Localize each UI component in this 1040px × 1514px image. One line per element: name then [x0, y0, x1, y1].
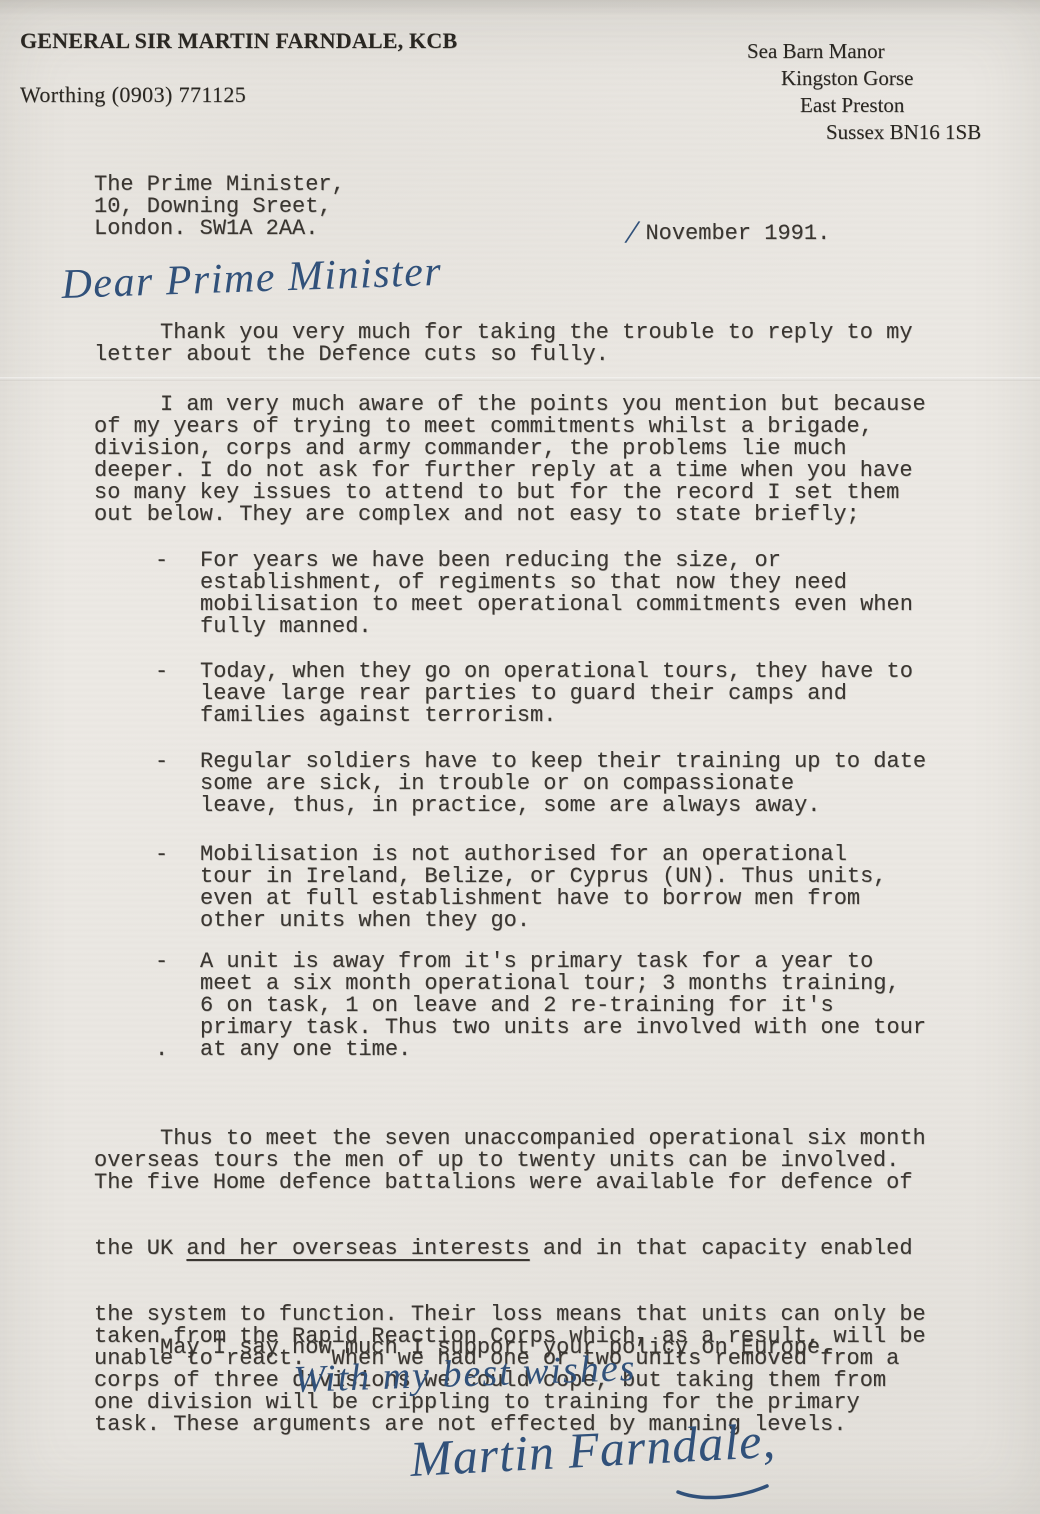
text-line: -: [155, 661, 200, 683]
signature-handwriting: Martin Farndale,: [385, 1406, 815, 1512]
bullet-text: Today, when they go on operational tours…: [200, 661, 913, 727]
bullet-item-mobilisation: - Mobilisation is not authorised for an …: [155, 844, 887, 932]
letterhead-address: Sea Barn ManorKingston GorseEast Preston…: [747, 38, 981, 146]
bullet-text: A unit is away from it's primary task fo…: [200, 951, 926, 1061]
text-line: Kingston Gorse: [781, 65, 981, 92]
text-line: Regular soldiers have to keep their trai…: [200, 751, 926, 773]
text-line: -: [155, 844, 200, 866]
date-text: November 1991.: [645, 221, 830, 246]
text-line: The five Home defence battalions were av…: [94, 1172, 926, 1194]
text-line: Thus to meet the seven unaccompanied ope…: [94, 1128, 926, 1150]
bullet-item-training: - Regular soldiers have to keep their tr…: [155, 751, 926, 817]
bullet-marker: -: [155, 844, 200, 932]
text-line: some are sick, in trouble or on compassi…: [200, 773, 926, 795]
bullet-marker: -: [155, 550, 200, 638]
text-line: meet a six month operational tour; 3 mon…: [200, 973, 926, 995]
text-line: deeper. I do not ask for further reply a…: [94, 460, 926, 482]
text-line: 6 on task, 1 on leave and 2 re-training …: [200, 995, 926, 1017]
bullet-marker: -: [155, 751, 200, 817]
text-line: letter about the Defence cuts so fully.: [94, 344, 913, 366]
text-line: at any one time.: [200, 1039, 926, 1061]
paragraph-thus-before: Thus to meet the seven unaccompanied ope…: [94, 1128, 926, 1194]
text-line: London. SW1A 2AA.: [94, 218, 345, 240]
letterhead-phone: Worthing (0903) 771125: [20, 82, 246, 108]
letterhead-name: GENERAL SIR MARTIN FARNDALE, KCB: [20, 28, 457, 54]
text-line: A unit is away from it's primary task fo…: [200, 951, 926, 973]
salutation-handwriting: Dear Prime Minister: [56, 248, 496, 320]
bullet-text: Mobilisation is not authorised for an op…: [200, 844, 887, 932]
text-line: Sea Barn Manor: [747, 38, 981, 65]
text-line: leave large rear parties to guard their …: [200, 683, 913, 705]
text-line: 10, Downing Sreet,: [94, 196, 345, 218]
paragraph-aware: I am very much aware of the points you m…: [94, 394, 926, 526]
text-line: [155, 973, 200, 995]
signature-flourish: [678, 1486, 767, 1498]
text-line: Mobilisation is not authorised for an op…: [200, 844, 887, 866]
text-line: fully manned.: [200, 616, 913, 638]
date-line: /November 1991.: [627, 222, 830, 245]
text-line: mobilisation to meet operational commitm…: [200, 594, 913, 616]
text-line: Thank you very much for taking the troub…: [94, 322, 913, 344]
text-line: Today, when they go on operational tours…: [200, 661, 913, 683]
closing-text: With my best wishes: [293, 1347, 637, 1401]
text-line: tour in Ireland, Belize, or Cyprus (UN).…: [200, 866, 887, 888]
text-line: establishment, of regiments so that now …: [200, 572, 913, 594]
text-line: families against terrorism.: [200, 705, 913, 727]
text-line: -: [155, 951, 200, 973]
text-line: -: [155, 550, 200, 572]
text-line: even at full establishment have to borro…: [200, 888, 887, 910]
text-line: of my years of trying to meet commitment…: [94, 416, 926, 438]
text-line: The Prime Minister,: [94, 174, 345, 196]
text-line: leave, thus, in practice, some are alway…: [200, 795, 926, 817]
text-line: For years we have been reducing the size…: [200, 550, 913, 572]
bullet-item-unit-away: - . A unit is away from it's primary tas…: [155, 951, 926, 1061]
text-line: .: [155, 1039, 200, 1061]
recipient-address: The Prime Minister,10, Downing Sreet,Lon…: [94, 174, 345, 240]
underline-pre: the UK: [94, 1236, 186, 1261]
text-line: division, corps and army commander, the …: [94, 438, 926, 460]
text-line: [155, 995, 200, 1017]
text-line: I am very much aware of the points you m…: [94, 394, 926, 416]
text-line: overseas tours the men of up to twenty u…: [94, 1150, 926, 1172]
text-line: the system to function. Their loss means…: [94, 1304, 926, 1326]
bullet-text: Regular soldiers have to keep their trai…: [200, 751, 926, 817]
text-line: [155, 1017, 200, 1039]
text-line: Sussex BN16 1SB: [826, 119, 981, 146]
underline-post: and in that capacity enabled: [530, 1236, 913, 1261]
underline-line: the UK and her overseas interests and in…: [94, 1238, 926, 1260]
paragraph-thanks: Thank you very much for taking the troub…: [94, 322, 913, 366]
text-line: primary task. Thus two units are involve…: [200, 1017, 926, 1039]
closing-handwriting: With my best wishes: [288, 1350, 738, 1414]
handwritten-day: /: [626, 222, 638, 245]
text-line: out below. They are complex and not easy…: [94, 504, 926, 526]
letter-page: GENERAL SIR MARTIN FARNDALE, KCB Worthin…: [0, 0, 1040, 1514]
paper-crease: [0, 377, 1040, 381]
bullet-marker: -: [155, 661, 200, 727]
text-line: -: [155, 751, 200, 773]
text-line: so many key issues to attend to but for …: [94, 482, 926, 504]
text-line: other units when they go.: [200, 910, 887, 932]
bullet-item-reducing-size: - For years we have been reducing the si…: [155, 550, 913, 638]
paper-edge-shadow: [0, 0, 1040, 16]
bullet-marker: - .: [155, 951, 200, 1061]
salutation-text: Dear Prime Minister: [60, 249, 443, 308]
underlined-phrase: and her overseas interests: [186, 1236, 529, 1261]
bullet-text: For years we have been reducing the size…: [200, 550, 913, 638]
bullet-item-rear-parties: - Today, when they go on operational tou…: [155, 661, 913, 727]
text-line: East Preston: [800, 92, 981, 119]
signature-text: Martin Farndale,: [408, 1412, 777, 1487]
